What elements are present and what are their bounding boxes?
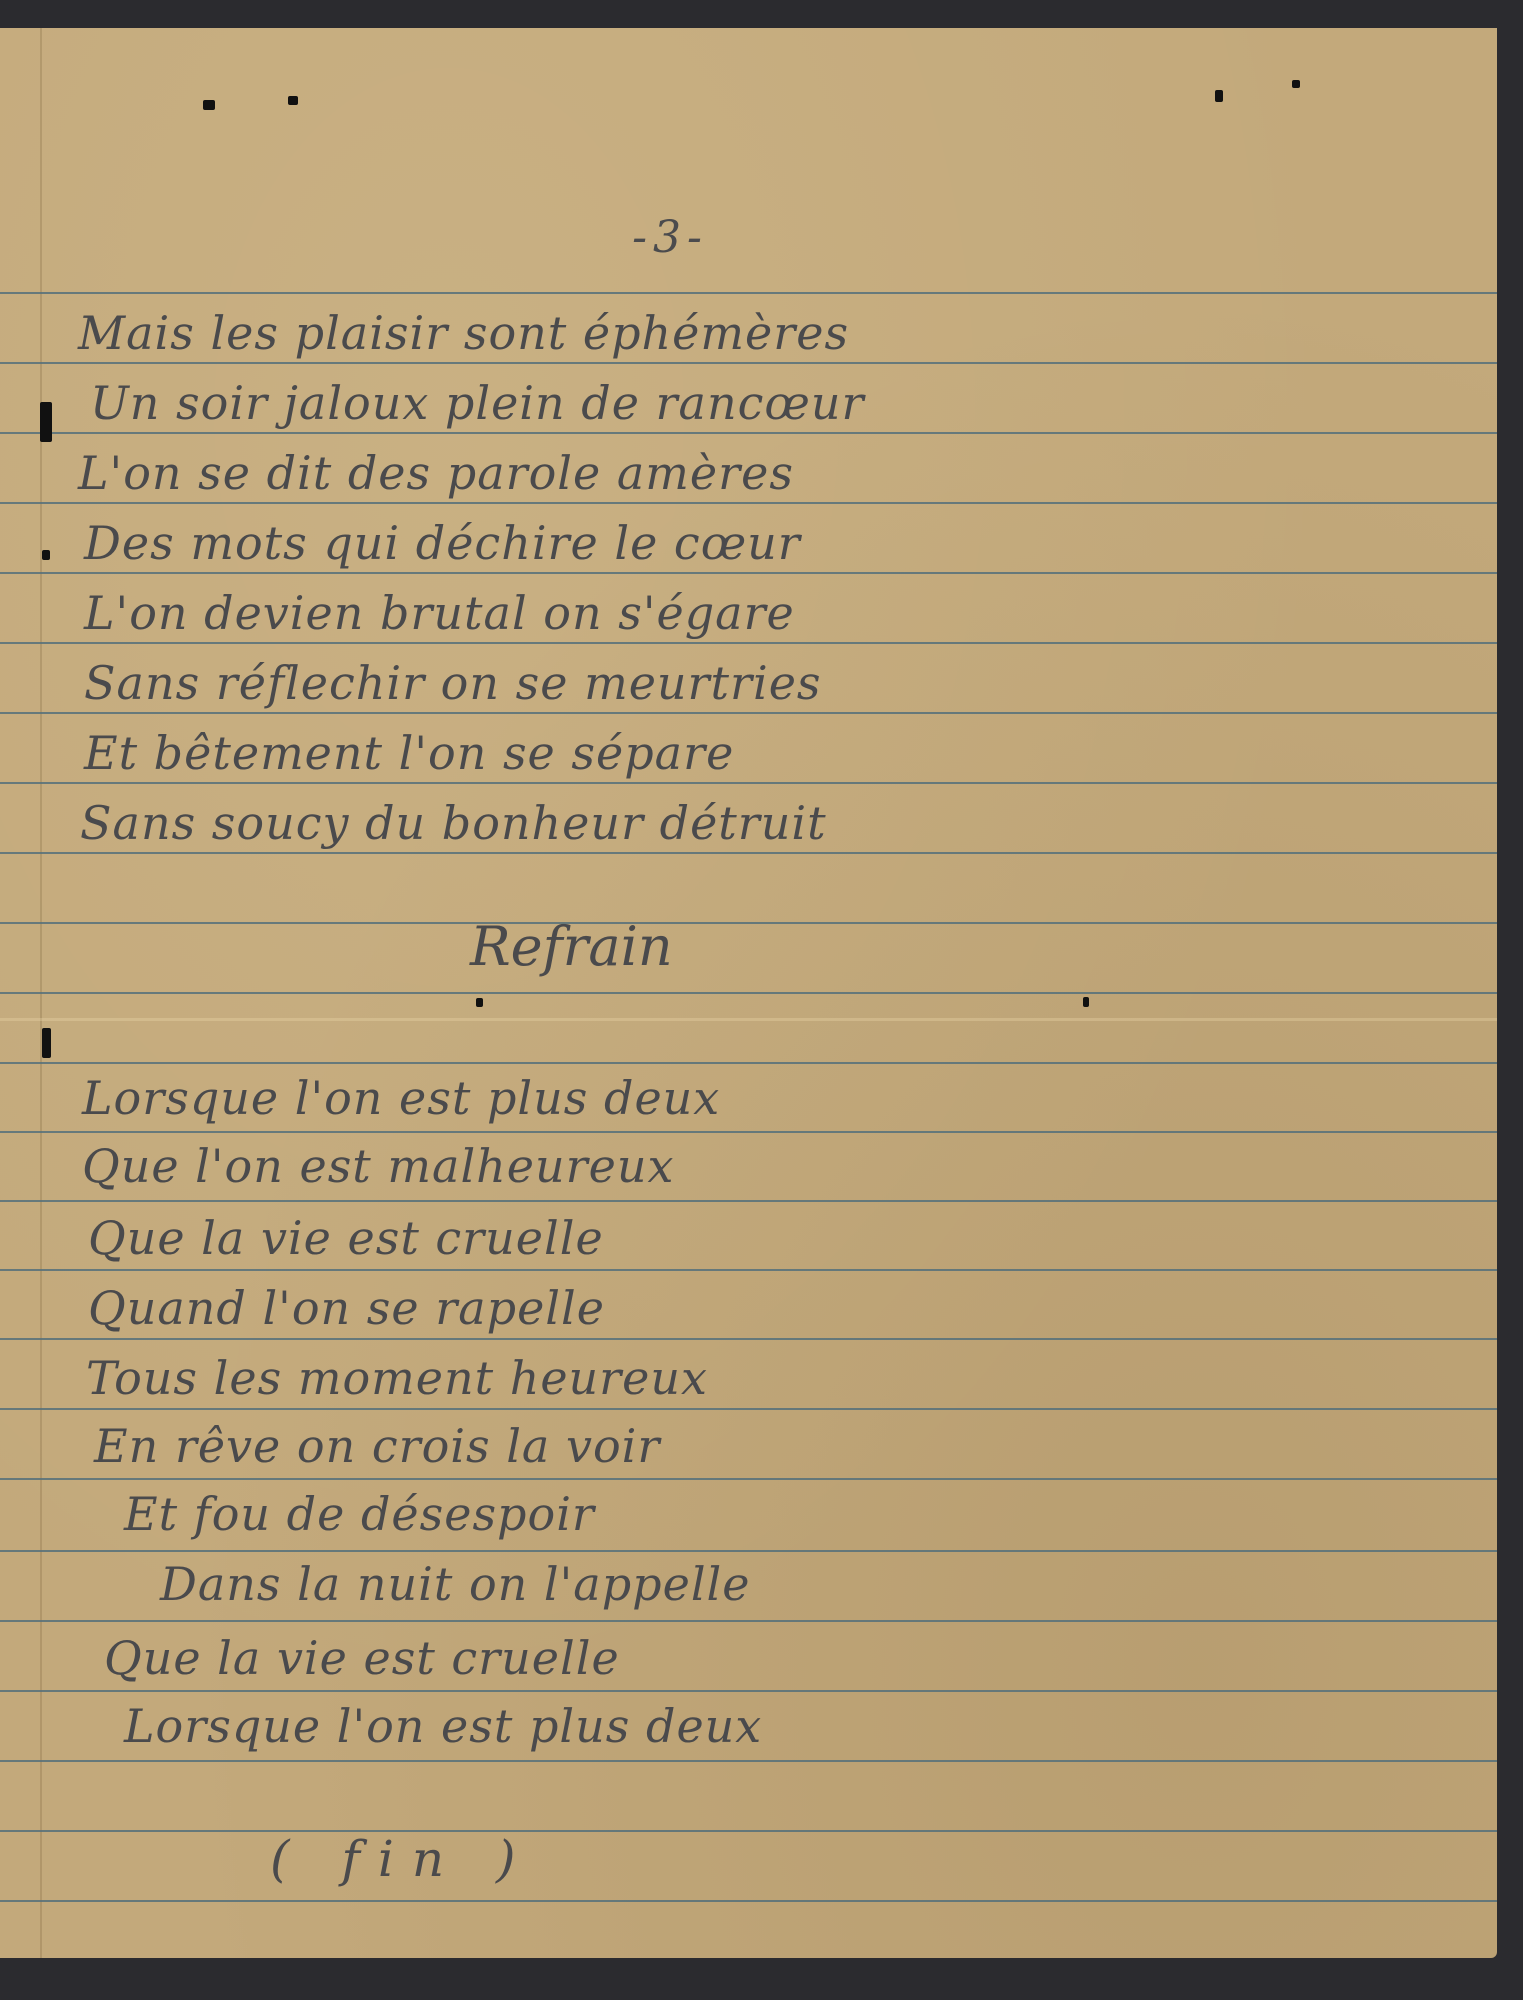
refrain-line-1: Lorsque l'on est plus deux bbox=[82, 1071, 720, 1125]
punch-hole-mark bbox=[1215, 90, 1223, 102]
ruled-line bbox=[0, 1269, 1497, 1271]
verse-line-1: Mais les plaisir sont éphémères bbox=[78, 306, 849, 360]
ruled-line bbox=[0, 1062, 1497, 1064]
ruled-line bbox=[0, 1408, 1497, 1410]
punch-hole-mark bbox=[40, 402, 52, 442]
ruled-line bbox=[0, 572, 1497, 574]
refrain-line-2: Que l'on est malheureux bbox=[82, 1139, 674, 1193]
ruled-line bbox=[0, 1760, 1497, 1762]
verse-line-8: Sans soucy du bonheur détruit bbox=[80, 796, 827, 850]
ruled-line bbox=[0, 1690, 1497, 1692]
refrain-line-10: Lorsque l'on est plus deux bbox=[124, 1699, 762, 1753]
punch-hole-mark bbox=[203, 100, 215, 110]
verse-line-2: Un soir jaloux plein de rancœur bbox=[90, 376, 864, 430]
ruled-line bbox=[0, 992, 1497, 994]
verse-line-5: L'on devien brutal on s'égare bbox=[84, 586, 795, 640]
ruled-line bbox=[0, 1900, 1497, 1902]
refrain-line-4: Quand l'on se rapelle bbox=[88, 1281, 605, 1335]
closing-fin: ( fin ) bbox=[270, 1830, 534, 1888]
ruled-line bbox=[0, 1200, 1497, 1202]
punch-hole-mark bbox=[476, 998, 483, 1007]
refrain-heading: Refrain bbox=[470, 915, 673, 978]
ruled-line bbox=[0, 502, 1497, 504]
ruled-line bbox=[0, 782, 1497, 784]
ruled-line bbox=[0, 642, 1497, 644]
ruled-line bbox=[0, 362, 1497, 364]
punch-hole-mark bbox=[288, 96, 298, 105]
verse-line-3: L'on se dit des parole amères bbox=[78, 446, 794, 500]
punch-hole-mark bbox=[42, 1028, 51, 1058]
punch-hole-mark bbox=[42, 550, 50, 560]
ruled-line bbox=[0, 922, 1497, 924]
ruled-line bbox=[0, 852, 1497, 854]
ruled-line bbox=[0, 1620, 1497, 1622]
ruled-line bbox=[0, 1131, 1497, 1133]
ruled-line bbox=[0, 1338, 1497, 1340]
horizontal-fold-crease bbox=[0, 1018, 1497, 1021]
ruled-line bbox=[0, 1550, 1497, 1552]
refrain-line-7: Et fou de désespoir bbox=[124, 1487, 595, 1541]
ruled-line bbox=[0, 1478, 1497, 1480]
punch-hole-mark bbox=[1083, 997, 1089, 1007]
refrain-line-9: Que la vie est cruelle bbox=[104, 1631, 620, 1685]
verse-line-7: Et bêtement l'on se sépare bbox=[84, 726, 734, 780]
ruled-line bbox=[0, 432, 1497, 434]
punch-hole-mark bbox=[1292, 80, 1300, 88]
ruled-line bbox=[0, 292, 1497, 294]
refrain-line-6: En rêve on crois la voir bbox=[94, 1419, 660, 1473]
page-number: -3- bbox=[560, 212, 780, 263]
verse-line-4: Des mots qui déchire le cœur bbox=[84, 516, 801, 570]
refrain-line-5: Tous les moment heureux bbox=[86, 1351, 708, 1405]
refrain-line-8: Dans la nuit on l'appelle bbox=[160, 1557, 750, 1611]
ruled-line bbox=[0, 1830, 1497, 1832]
refrain-line-3: Que la vie est cruelle bbox=[88, 1211, 604, 1265]
verse-line-6: Sans réflechir on se meurtries bbox=[84, 656, 822, 710]
ruled-line bbox=[0, 712, 1497, 714]
